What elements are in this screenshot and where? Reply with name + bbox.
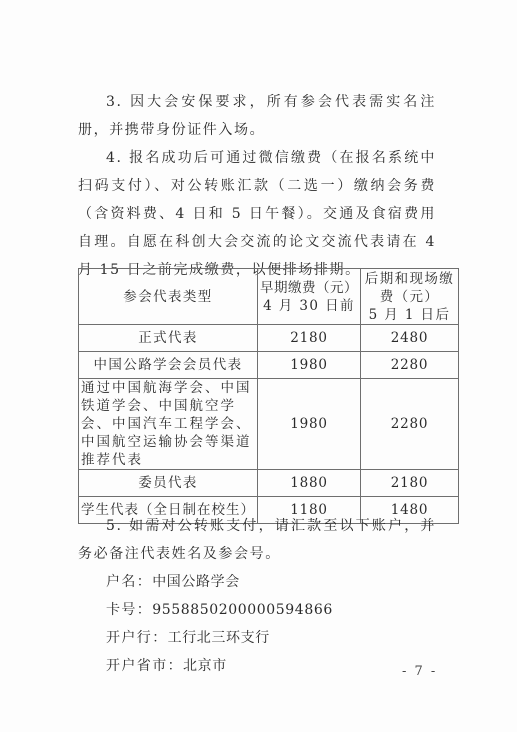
cell-late-fee: 2280 [361, 379, 459, 470]
table-row: 委员代表 1880 2180 [79, 470, 459, 497]
cell-late-fee: 2480 [361, 325, 459, 352]
header-type: 参会代表类型 [79, 269, 258, 325]
paragraph-item-5: 5. 如需对公转账支付，请汇款至以下账户，并务必备注代表姓名及参会号。 [78, 512, 436, 568]
header-late-line1: 后期和现场缴 [363, 270, 456, 288]
account-card-value: 9558850200000594866 [152, 602, 333, 618]
cell-late-fee: 2280 [361, 352, 459, 379]
account-name-line: 户名：中国公路学会 [106, 568, 240, 596]
cell-type: 委员代表 [79, 470, 258, 497]
cell-type: 正式代表 [79, 325, 258, 352]
cell-type: 通过中国航海学会、中国铁道学会、中国航空学会、中国汽车工程学会、中国航空运输协会… [79, 379, 258, 470]
account-card-label: 卡号： [106, 602, 152, 618]
account-city-value: 北京市 [183, 658, 227, 674]
header-early-line1: 早期缴费（元） [260, 279, 358, 297]
cell-early-fee: 1880 [258, 470, 361, 497]
page-number: - 7 - [402, 664, 437, 679]
header-late-line2: 费（元） [363, 288, 456, 306]
paragraph-item-4: 4. 报名成功后可通过微信缴费（在报名系统中扫码支付）、对公转账汇款（二选一）缴… [78, 144, 436, 284]
cell-late-fee: 2180 [361, 470, 459, 497]
paragraph-item-3: 3. 因大会安保要求，所有参会代表需实名注册，并携带身份证件入场。 [78, 88, 436, 144]
header-early-fee: 早期缴费（元） 4 月 30 日前 [258, 269, 361, 325]
header-late-line3: 5 月 1 日后 [363, 306, 456, 324]
item-3-text: 3. 因大会安保要求，所有参会代表需实名注册，并携带身份证件入场。 [78, 94, 436, 138]
item-5-text: 5. 如需对公转账支付，请汇款至以下账户，并务必备注代表姓名及参会号。 [78, 518, 436, 562]
account-bank-line: 开户行：工行北三环支行 [106, 624, 270, 652]
account-city-label: 开户省市： [106, 658, 183, 674]
account-city-line: 开户省市：北京市 [106, 652, 227, 680]
table-row: 中国公路学会会员代表 1980 2280 [79, 352, 459, 379]
cell-type: 中国公路学会会员代表 [79, 352, 258, 379]
account-card-line: 卡号：9558850200000594866 [106, 596, 333, 624]
table-row: 通过中国航海学会、中国铁道学会、中国航空学会、中国汽车工程学会、中国航空运输协会… [79, 379, 459, 470]
fee-table: 参会代表类型 早期缴费（元） 4 月 30 日前 后期和现场缴 费（元） 5 月… [78, 268, 459, 524]
header-late-fee: 后期和现场缴 费（元） 5 月 1 日后 [361, 269, 459, 325]
cell-early-fee: 2180 [258, 325, 361, 352]
item-4-text: 4. 报名成功后可通过微信缴费（在报名系统中扫码支付）、对公转账汇款（二选一）缴… [78, 150, 436, 278]
table-row: 正式代表 2180 2480 [79, 325, 459, 352]
document-page: 3. 因大会安保要求，所有参会代表需实名注册，并携带身份证件入场。 4. 报名成… [0, 0, 517, 732]
account-bank-value: 工行北三环支行 [168, 630, 270, 646]
cell-early-fee: 1980 [258, 379, 361, 470]
account-bank-label: 开户行： [106, 630, 168, 646]
fee-table-header-row: 参会代表类型 早期缴费（元） 4 月 30 日前 后期和现场缴 费（元） 5 月… [79, 269, 459, 325]
header-early-line2: 4 月 30 日前 [260, 297, 358, 315]
account-name-value: 中国公路学会 [152, 574, 240, 590]
cell-early-fee: 1980 [258, 352, 361, 379]
account-name-label: 户名： [106, 574, 152, 590]
